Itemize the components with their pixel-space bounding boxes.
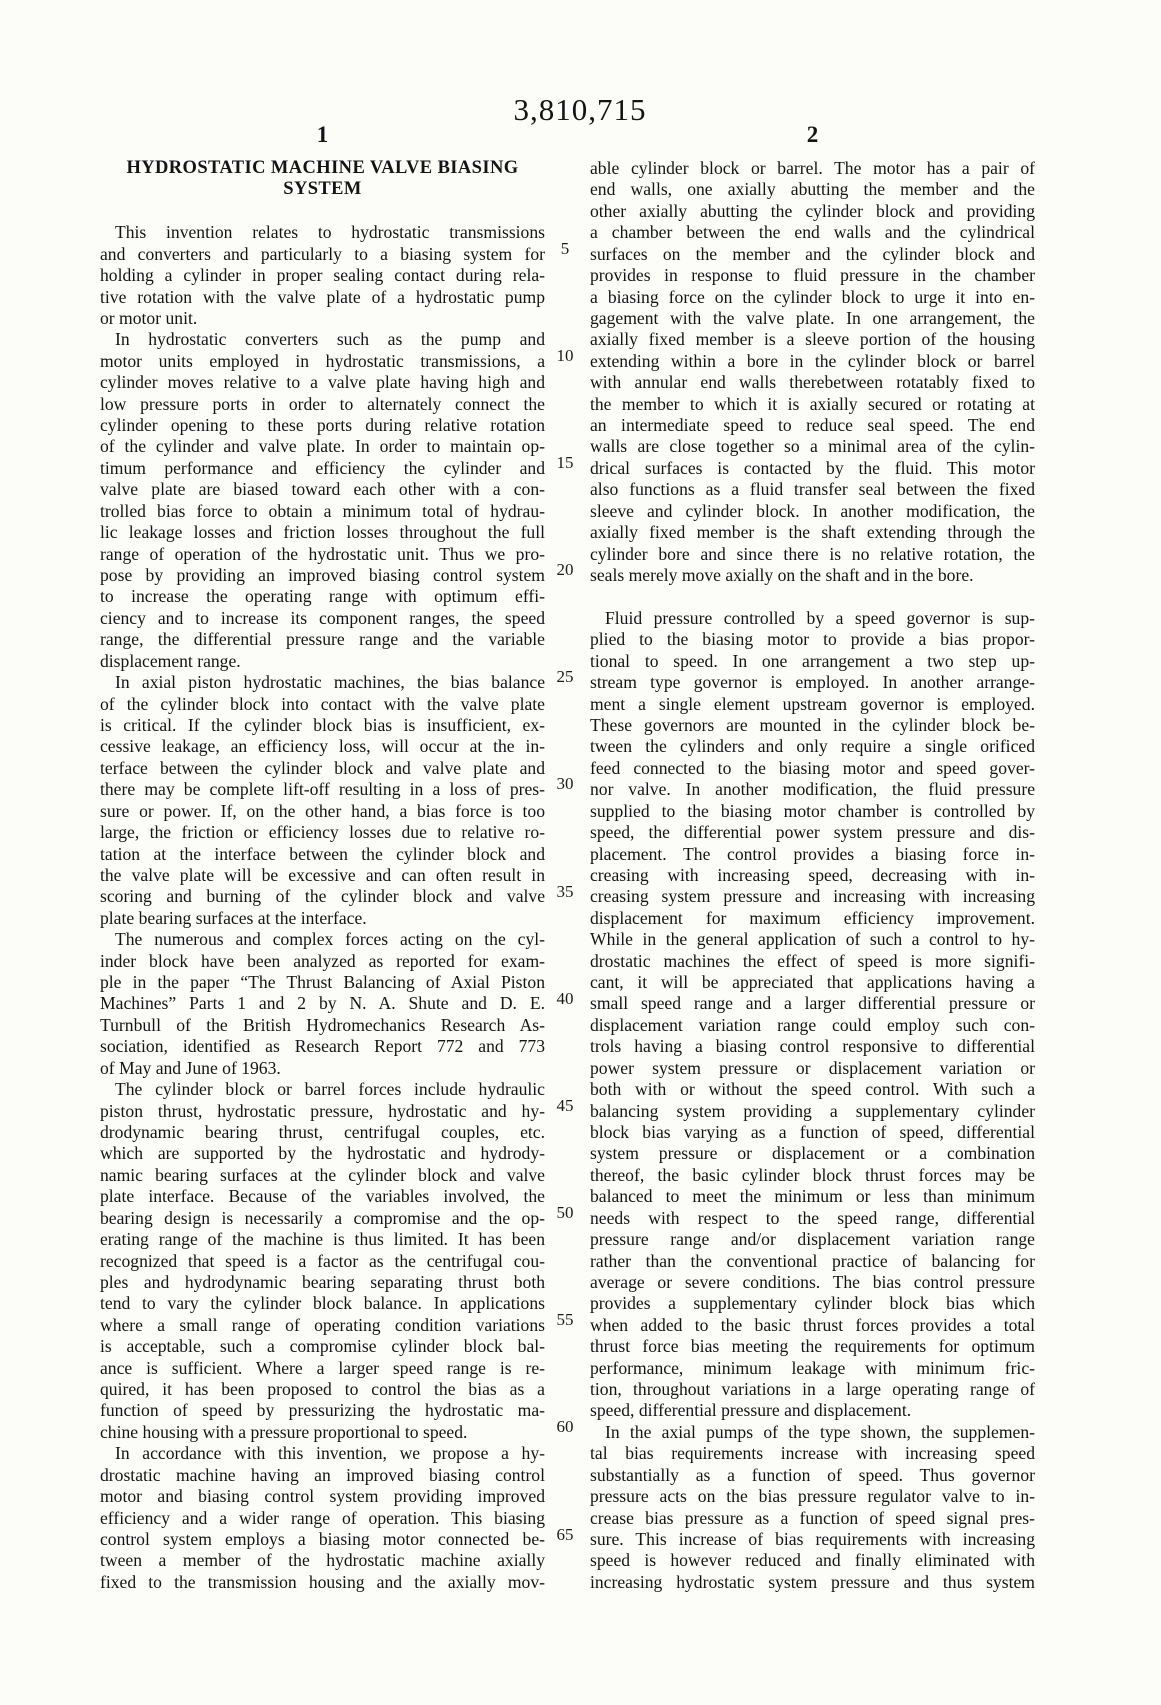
document-title-line: HYDROSTATIC MACHINE VALVE BIASING (100, 158, 545, 179)
text-line: rather than the conventional practice of… (590, 1251, 1035, 1272)
text-line: power system pressure or displacement va… (590, 1058, 1035, 1079)
text-line: plate interface. Because of the variable… (100, 1186, 545, 1207)
text-line: Machines” Parts 1 and 2 by N. A. Shute a… (100, 993, 545, 1014)
text-line: and converters and particularly to a bia… (100, 244, 545, 265)
column-1-text: HYDROSTATIC MACHINE VALVE BIASINGSYSTEMT… (100, 158, 545, 1593)
line-number: 50 (541, 1202, 589, 1223)
text-line: sure. This increase of bias requirements… (590, 1529, 1035, 1550)
text-line: tend to vary the cylinder block balance.… (100, 1293, 545, 1314)
text-line: lic leakage losses and friction losses t… (100, 522, 545, 543)
text-line: tation at the interface between the cyli… (100, 844, 545, 865)
text-line: drodynamic bearing thrust, centrifugal c… (100, 1122, 545, 1143)
text-line: an intermediate speed to reduce seal spe… (590, 415, 1035, 436)
text-line: able cylinder block or barrel. The motor… (590, 158, 1035, 179)
text-line: nor valve. In another modification, the … (590, 779, 1035, 800)
text-line: In hydrostatic converters such as the pu… (100, 329, 545, 350)
text-line: when added to the basic thrust forces pr… (590, 1315, 1035, 1336)
text-line: balancing system providing a supplementa… (590, 1101, 1035, 1122)
text-line: feed connected to the biasing motor and … (590, 758, 1035, 779)
text-line: provides a supplementary cylinder block … (590, 1293, 1035, 1314)
text-line: range of operation of the hydrostatic un… (100, 544, 545, 565)
text-line: the member to which it is axially secure… (590, 394, 1035, 415)
text-line: speed, differential pressure and displac… (590, 1400, 1035, 1421)
text-line: axially fixed member is a sleeve portion… (590, 329, 1035, 350)
text-line: increasing hydrostatic system pressure a… (590, 1572, 1035, 1593)
text-line: sociation, identified as Research Report… (100, 1036, 545, 1057)
text-line: drostatic machines the effect of speed i… (590, 951, 1035, 972)
text-line: terface between the cylinder block and v… (100, 758, 545, 779)
text-line: cylinder moves relative to a valve plate… (100, 372, 545, 393)
text-line: valve plate are biased toward each other… (100, 479, 545, 500)
text-line: other axially abutting the cylinder bloc… (590, 201, 1035, 222)
text-line: system pressure or displacement or a com… (590, 1143, 1035, 1164)
line-number: 5 (541, 238, 589, 259)
text-line: In axial piston hydrostatic machines, th… (100, 672, 545, 693)
line-number: 40 (541, 988, 589, 1009)
text-line: displacement variation range could emplo… (590, 1015, 1035, 1036)
text-line: large, the friction or efficiency losses… (100, 822, 545, 843)
text-line: namic bearing surfaces at the cylinder b… (100, 1165, 545, 1186)
text-line: small speed range and a larger different… (590, 993, 1035, 1014)
text-line: of the cylinder block into contact with … (100, 694, 545, 715)
text-line: motor units employed in hydrostatic tran… (100, 351, 545, 372)
line-number: 25 (541, 666, 589, 687)
text-line: extending within a bore in the cylinder … (590, 351, 1035, 372)
text-line: surfaces on the member and the cylinder … (590, 244, 1035, 265)
text-line: there may be complete lift-off resulting… (100, 779, 545, 800)
line-number: 35 (541, 881, 589, 902)
text-line: erating range of the machine is thus lim… (100, 1229, 545, 1250)
text-line: block bias varying as a function of spee… (590, 1122, 1035, 1143)
text-line: walls are close together so a minimal ar… (590, 436, 1035, 457)
text-line: In accordance with this invention, we pr… (100, 1443, 545, 1464)
text-line: the valve plate will be excessive and ca… (100, 865, 545, 886)
text-line: recognized that speed is a factor as the… (100, 1251, 545, 1272)
line-number: 10 (541, 345, 589, 366)
text-line: axially fixed member is the shaft extend… (590, 522, 1035, 543)
text-line: cylinder opening to these ports during r… (100, 415, 545, 436)
text-line: ple in the paper “The Thrust Balancing o… (100, 972, 545, 993)
text-line: creasing with increasing speed, decreasi… (590, 865, 1035, 886)
text-line: tive rotation with the valve plate of a … (100, 287, 545, 308)
text-line: a chamber between the end walls and the … (590, 222, 1035, 243)
text-line: pressure range and/or displacement varia… (590, 1229, 1035, 1250)
text-line: is critical. If the cylinder block bias … (100, 715, 545, 736)
text-line: tional to speed. In one arrangement a tw… (590, 651, 1035, 672)
text-line: tween the cylinders and only require a s… (590, 736, 1035, 757)
text-line: tal bias requirements increase with incr… (590, 1443, 1035, 1464)
text-line: performance, minimum leakage with minimu… (590, 1358, 1035, 1379)
text-line: plate bearing surfaces at the interface. (100, 908, 545, 929)
text-line: crease bias pressure as a function of sp… (590, 1508, 1035, 1529)
text-line: Turnbull of the British Hydromechanics R… (100, 1015, 545, 1036)
line-number: 60 (541, 1416, 589, 1437)
text-line: Fluid pressure controlled by a speed gov… (590, 608, 1035, 629)
text-line: timum performance and efficiency the cyl… (100, 458, 545, 479)
line-number: 65 (541, 1524, 589, 1545)
column1-page-number: 1 (100, 122, 545, 148)
text-line: speed is however reduced and finally eli… (590, 1550, 1035, 1571)
text-line: a biasing force on the cylinder block to… (590, 287, 1035, 308)
line-number: 20 (541, 559, 589, 580)
blank-line (590, 586, 1035, 607)
text-line: placement. The control provides a biasin… (590, 844, 1035, 865)
text-line: sleeve and cylinder block. In another mo… (590, 501, 1035, 522)
text-line: motor and biasing control system providi… (100, 1486, 545, 1507)
text-line: quired, it has been proposed to control … (100, 1379, 545, 1400)
text-line: ciency and to increase its component ran… (100, 608, 545, 629)
text-line: cessive leakage, an efficiency loss, wil… (100, 736, 545, 757)
text-line: These governors are mounted in the cylin… (590, 715, 1035, 736)
text-line: pose by providing an improved biasing co… (100, 565, 545, 586)
text-line: which are supported by the hydrostatic a… (100, 1143, 545, 1164)
text-line: scoring and burning of the cylinder bloc… (100, 886, 545, 907)
text-line: creasing system pressure and increasing … (590, 886, 1035, 907)
text-line: In the axial pumps of the type shown, th… (590, 1422, 1035, 1443)
text-line: is acceptable, such a compromise cylinde… (100, 1336, 545, 1357)
text-line: speed, the differential power system pre… (590, 822, 1035, 843)
text-line: While in the general application of such… (590, 929, 1035, 950)
text-line: stream type governor is employed. In ano… (590, 672, 1035, 693)
text-line: both with or without the speed control. … (590, 1079, 1035, 1100)
text-line: The numerous and complex forces acting o… (100, 929, 545, 950)
text-line: displacement range. (100, 651, 545, 672)
text-line: holding a cylinder in proper sealing con… (100, 265, 545, 286)
text-line: ples and hydrodynamic bearing separating… (100, 1272, 545, 1293)
text-line: or motor unit. (100, 308, 545, 329)
text-line: chine housing with a pressure proportion… (100, 1422, 545, 1443)
text-line: where a small range of operating conditi… (100, 1315, 545, 1336)
text-line: range, the differential pressure range a… (100, 629, 545, 650)
line-number: 55 (541, 1309, 589, 1330)
line-number-gutter: 5101520253035404550556065 (541, 158, 589, 1618)
line-number: 45 (541, 1095, 589, 1116)
line-number: 30 (541, 773, 589, 794)
text-line: cylinder bore and since there is no rela… (590, 544, 1035, 565)
text-line: needs with respect to the speed range, d… (590, 1208, 1035, 1229)
text-line: substantially as a function of speed. Th… (590, 1465, 1035, 1486)
column-2-text: able cylinder block or barrel. The motor… (590, 158, 1035, 1593)
text-line: low pressure ports in order to alternate… (100, 394, 545, 415)
text-line: balanced to meet the minimum or less tha… (590, 1186, 1035, 1207)
text-line: with annular end walls therebetween rota… (590, 372, 1035, 393)
line-number: 15 (541, 452, 589, 473)
text-line: function of speed by pressurizing the hy… (100, 1400, 545, 1421)
text-line: to increase the operating range with opt… (100, 586, 545, 607)
text-line: provides in response to fluid pressure i… (590, 265, 1035, 286)
text-line: ance is sufficient. Where a larger speed… (100, 1358, 545, 1379)
text-line: bearing design is necessarily a compromi… (100, 1208, 545, 1229)
document-title-line: SYSTEM (100, 179, 545, 200)
text-line: efficiency and a wider range of operatio… (100, 1508, 545, 1529)
text-line: pressure acts on the bias pressure regul… (590, 1486, 1035, 1507)
text-line: piston thrust, hydrostatic pressure, hyd… (100, 1101, 545, 1122)
text-line: ment a single element upstream governor … (590, 694, 1035, 715)
text-line: of the cylinder and valve plate. In orde… (100, 436, 545, 457)
text-line: average or severe conditions. The bias c… (590, 1272, 1035, 1293)
text-line: end walls, one axially abutting the memb… (590, 179, 1035, 200)
text-line: cant, it will be appreciated that applic… (590, 972, 1035, 993)
text-line: of May and June of 1963. (100, 1058, 545, 1079)
text-line: trolled bias force to obtain a minimum t… (100, 501, 545, 522)
text-line: seals merely move axially on the shaft a… (590, 565, 1035, 586)
column2-page-number: 2 (590, 122, 1035, 148)
text-line: This invention relates to hydrostatic tr… (100, 222, 545, 243)
text-line: The cylinder block or barrel forces incl… (100, 1079, 545, 1100)
text-line: trols having a biasing control responsiv… (590, 1036, 1035, 1057)
text-line: fixed to the transmission housing and th… (100, 1572, 545, 1593)
text-line: tion, throughout variations in a large o… (590, 1379, 1035, 1400)
text-line: control system employs a biasing motor c… (100, 1529, 545, 1550)
text-line: drical surfaces is contacted by the flui… (590, 458, 1035, 479)
text-line: drostatic machine having an improved bia… (100, 1465, 545, 1486)
text-line: gagement with the valve plate. In one ar… (590, 308, 1035, 329)
text-line: supplied to the biasing motor chamber is… (590, 801, 1035, 822)
patent-page: 3,810,715 1 2 HYDROSTATIC MACHINE VALVE … (0, 0, 1161, 1705)
text-line: also functions as a fluid transfer seal … (590, 479, 1035, 500)
text-line: tween a member of the hydrostatic machin… (100, 1550, 545, 1571)
text-line: plied to the biasing motor to provide a … (590, 629, 1035, 650)
text-line: thrust force bias meeting the requiremen… (590, 1336, 1035, 1357)
text-line: thereof, the basic cylinder block thrust… (590, 1165, 1035, 1186)
text-line: inder block have been analyzed as report… (100, 951, 545, 972)
text-line: sure or power. If, on the other hand, a … (100, 801, 545, 822)
text-line: displacement for maximum efficiency impr… (590, 908, 1035, 929)
blank-line (100, 201, 545, 222)
